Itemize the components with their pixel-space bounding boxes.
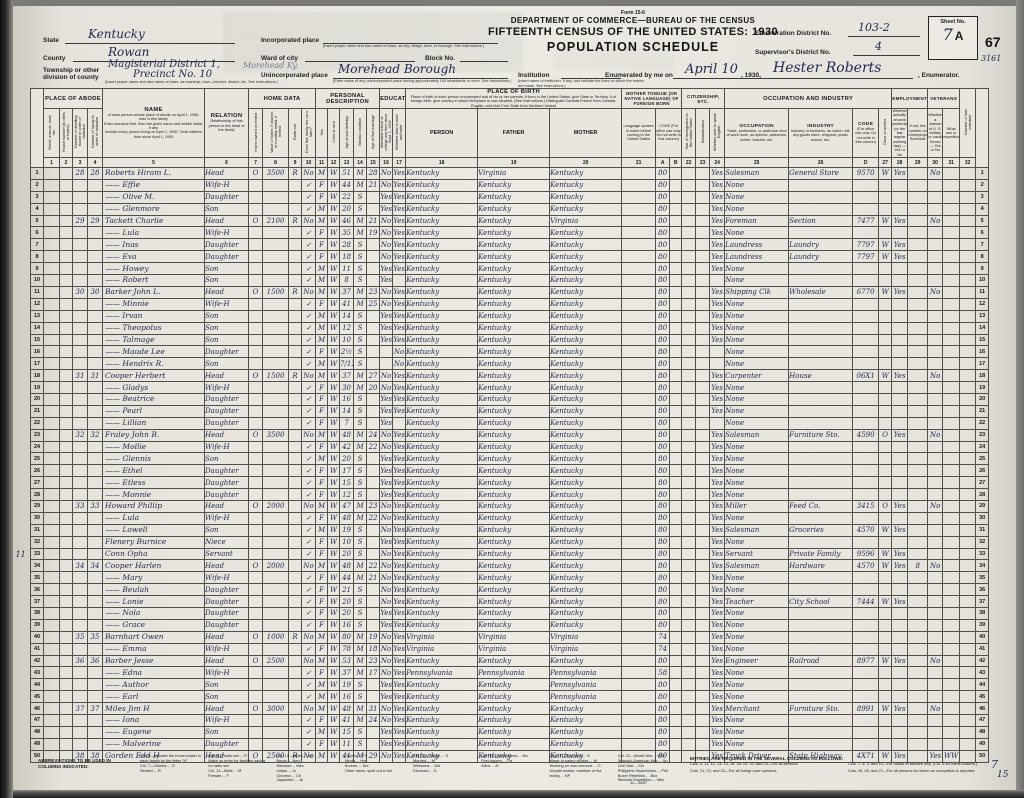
cell-occ: Shipping Clk (725, 286, 789, 298)
cell-ca: 80 (656, 596, 670, 608)
cell-own: O (249, 703, 263, 715)
cell-farm: No (302, 168, 316, 180)
cell-lnr: 15 (976, 334, 989, 346)
cell-house (60, 524, 73, 536)
cell-house (60, 631, 73, 643)
cell-own (249, 524, 263, 536)
cell-street (44, 524, 60, 536)
cell-nat (696, 465, 710, 477)
cell-agem: 24 (367, 429, 380, 441)
cell-nat (696, 703, 710, 715)
cell-pob: Kentucky (406, 703, 478, 715)
cell-sch: Yes (380, 263, 393, 275)
cell-rw: Yes (393, 715, 406, 727)
cell-sch: No (380, 584, 393, 596)
cell-sex: F (316, 477, 328, 489)
cell-war (943, 572, 960, 584)
cell-ca: 80 (656, 370, 670, 382)
cell-ocode (853, 536, 879, 548)
cell-imm (682, 453, 696, 465)
cell-farm: ✓ (302, 536, 316, 548)
cell-imm (682, 179, 696, 191)
table-row: 2—— EffieWife-H✓FW44M21NoYesKentuckyKent… (31, 179, 989, 191)
cell-own (249, 346, 263, 358)
cell-ocode (853, 393, 879, 405)
cell-agem (367, 405, 380, 417)
cell-agem: 18 (367, 643, 380, 655)
cell-fsch (960, 310, 976, 322)
cell-house (60, 572, 73, 584)
cell-pobm: Kentucky (550, 334, 622, 346)
cell-pobf: Kentucky (478, 548, 550, 560)
cell-dw (73, 596, 88, 608)
cell-ln: 12 (31, 298, 44, 310)
cell-unemp (908, 168, 928, 180)
col-age: Age at last birthday (340, 109, 354, 158)
cell-race: W (328, 334, 340, 346)
scan-edge-bottom (0, 790, 1024, 798)
cell-imm (682, 334, 696, 346)
cell-house (60, 239, 73, 251)
cell-work (892, 477, 908, 489)
cell-pobf: Kentucky (478, 465, 550, 477)
read-write-label: Whether able to read and write (395, 111, 403, 153)
cell-own (249, 263, 263, 275)
col-speak-english: Whether able to speak English (710, 109, 725, 158)
cell-work (892, 310, 908, 322)
cell-ocode (853, 643, 879, 655)
cell-pobm: Kentucky (550, 179, 622, 191)
cell-fsch (960, 322, 976, 334)
table-row: 3—— Olive M.Daughter✓FW22SYesYesKentucky… (31, 191, 989, 203)
cell-own (249, 239, 263, 251)
cell-street (44, 572, 60, 584)
cell-ind (789, 679, 853, 691)
cell-sch: No (380, 548, 393, 560)
cell-pobf: Kentucky (478, 334, 550, 346)
cell-pobm: Kentucky (550, 370, 622, 382)
cell-imm (682, 298, 696, 310)
cell-eng: Yes (710, 453, 725, 465)
dwelling-number-label: Number of dwelling house in order of vis… (74, 111, 86, 153)
cell-fam: 37 (88, 703, 103, 715)
cell-tongue (622, 465, 656, 477)
cell-rw: Yes (393, 298, 406, 310)
occupation-code-desc: (For office use only. Do not write in th… (853, 127, 878, 144)
col-naturalization: Naturalization (696, 109, 710, 158)
print-code: 11—3657 (630, 780, 647, 785)
cell-val (263, 477, 289, 489)
cell-pobm: Kentucky (550, 441, 622, 453)
cell-radio (289, 667, 302, 679)
cell-val (263, 691, 289, 703)
cell-rw: Yes (393, 286, 406, 298)
cell-mar: S (354, 596, 367, 608)
cell-rel: Daughter (205, 584, 249, 596)
cell-agem: 22 (367, 441, 380, 453)
cell-val: 1000 (263, 631, 289, 643)
cell-ln: 30 (31, 512, 44, 524)
cell-age: 12 (340, 489, 354, 501)
table-row: 32Flenery BurniceNiece✓FW10SYesYesKentuc… (31, 536, 989, 548)
cell-ln: 42 (31, 655, 44, 667)
cell-own (249, 512, 263, 524)
cell-pobm: Virginia (550, 643, 622, 655)
cell-work (892, 465, 908, 477)
table-row: 8—— EvaDaughter✓FW18SNoYesKentuckyKentuc… (31, 251, 989, 263)
cell-eng: Yes (710, 370, 725, 382)
cell-sch: Yes (380, 405, 393, 417)
cell-pobm: Kentucky (550, 168, 622, 180)
cell-work (892, 489, 908, 501)
cell-cls (879, 334, 892, 346)
cell-lnr: 32 (976, 536, 989, 548)
cell-work (892, 334, 908, 346)
cell-sch: No (380, 370, 393, 382)
cell-lnr: 42 (976, 655, 989, 667)
column-number: 23 (696, 158, 710, 168)
cell-eng (710, 346, 725, 358)
cell-fam (88, 536, 103, 548)
cell-sch: No (380, 441, 393, 453)
cell-imm (682, 203, 696, 215)
cell-pobm: Kentucky (550, 453, 622, 465)
col-color-race: Color or race (328, 109, 340, 158)
cell-name: —— Eugene (103, 726, 205, 738)
cell-radio (289, 298, 302, 310)
cell-occ: Merchant (725, 703, 789, 715)
cell-imm (682, 536, 696, 548)
cell-race: W (328, 738, 340, 750)
cell-pob: Kentucky (406, 572, 478, 584)
cell-fsch (960, 512, 976, 524)
cell-occ: Carpenter (725, 370, 789, 382)
cell-unemp (908, 441, 928, 453)
cell-farm: ✓ (302, 310, 316, 322)
cell-cls (879, 310, 892, 322)
table-row: 35—— MaryWife-H✓FW44M21NoYesKentuckyKent… (31, 572, 989, 584)
cell-race: W (328, 643, 340, 655)
cell-mar: S (354, 619, 367, 631)
cell-radio (289, 691, 302, 703)
cell-cb (670, 643, 682, 655)
cell-war (943, 358, 960, 370)
scan-edge-right (1016, 0, 1024, 798)
column-number: 14 (354, 158, 367, 168)
cell-rw: Yes (393, 441, 406, 453)
table-row: 45—— EarlSon✓MW16SYesYesKentuckyKentucky… (31, 691, 989, 703)
cell-occ: None (725, 298, 789, 310)
cell-war (943, 191, 960, 203)
cell-age: 44 (340, 572, 354, 584)
cell-house (60, 703, 73, 715)
cell-rel: Daughter (205, 346, 249, 358)
cell-fam: 34 (88, 560, 103, 572)
cell-val (263, 227, 289, 239)
cell-sch: No (380, 667, 393, 679)
cell-war (943, 524, 960, 536)
cell-tongue (622, 572, 656, 584)
cell-tongue (622, 239, 656, 251)
cell-val (263, 298, 289, 310)
cell-rel: Daughter (205, 489, 249, 501)
cell-fsch (960, 643, 976, 655)
cell-street (44, 560, 60, 572)
cell-radio (289, 536, 302, 548)
cell-street (44, 465, 60, 477)
cell-mar: S (354, 191, 367, 203)
cell-race: W (328, 726, 340, 738)
line-number-col-right (976, 89, 989, 168)
cell-name: —— Effie (103, 179, 205, 191)
col-sex: Sex (316, 109, 328, 158)
cell-cls (879, 619, 892, 631)
cell-sch: Yes (380, 322, 393, 334)
enumerator-suffix: , Enumerator. (918, 72, 960, 79)
cell-work: Yes (892, 560, 908, 572)
cell-street (44, 405, 60, 417)
cell-ln: 23 (31, 429, 44, 441)
cell-own (249, 596, 263, 608)
cell-agem (367, 239, 380, 251)
cell-nat (696, 322, 710, 334)
cell-nat (696, 726, 710, 738)
cell-cls: W (879, 703, 892, 715)
cell-house (60, 203, 73, 215)
col-mother-tongue: Language spoken in home before coming to… (622, 109, 656, 158)
cell-rw: Yes (393, 512, 406, 524)
state-rule (65, 42, 235, 44)
cell-eng: Yes (710, 655, 725, 667)
cell-cls: W (879, 251, 892, 263)
cell-ocode (853, 465, 879, 477)
cell-rw: Yes (393, 370, 406, 382)
cell-nat (696, 263, 710, 275)
cell-cls: W (879, 548, 892, 560)
cell-ind: General Store (789, 168, 853, 180)
cell-val (263, 607, 289, 619)
cell-unemp (908, 572, 928, 584)
schedule-title: POPULATION SCHEDULE (483, 40, 783, 54)
cell-name: —— Pearl (103, 405, 205, 417)
cell-ocode (853, 691, 879, 703)
cell-farm: ✓ (302, 393, 316, 405)
col-immigration-year: Year of immigration to the United States (682, 109, 696, 158)
cell-rw: Yes (393, 465, 406, 477)
cell-nat (696, 179, 710, 191)
cell-radio: R (289, 370, 302, 382)
cell-agem (367, 251, 380, 263)
cell-street (44, 643, 60, 655)
cell-val (263, 596, 289, 608)
cell-fsch (960, 239, 976, 251)
cell-sch: No (380, 524, 393, 536)
cell-ca: 80 (656, 251, 670, 263)
cell-house (60, 512, 73, 524)
cell-tongue (622, 168, 656, 180)
cell-race: W (328, 429, 340, 441)
cell-cls (879, 322, 892, 334)
cell-sex: M (316, 655, 328, 667)
cell-lnr: 47 (976, 715, 989, 727)
cell-house (60, 227, 73, 239)
cell-nat (696, 393, 710, 405)
cell-cls (879, 393, 892, 405)
cell-dw (73, 441, 88, 453)
cell-eng: Yes (710, 298, 725, 310)
cell-sch: No (380, 715, 393, 727)
cell-cls (879, 346, 892, 358)
cell-sch: No (380, 382, 393, 394)
cell-sch: No (380, 215, 393, 227)
cell-radio (289, 572, 302, 584)
table-row: 24—— MollieWife-H✓FW42M22NoYesKentuckyKe… (31, 441, 989, 453)
cell-pobf: Kentucky (478, 346, 550, 358)
cell-age: 15 (340, 726, 354, 738)
cell-fam: 36 (88, 655, 103, 667)
cell-war (943, 596, 960, 608)
cell-rel: Daughter (205, 596, 249, 608)
column-number: 28 (892, 158, 908, 168)
cell-sch: Yes (380, 310, 393, 322)
cell-cb (670, 738, 682, 750)
cell-sex: F (316, 393, 328, 405)
cell-house (60, 310, 73, 322)
enum-district-rule (848, 35, 920, 37)
cell-sch: Yes (380, 679, 393, 691)
cell-ca: 80 (656, 512, 670, 524)
cell-race: W (328, 548, 340, 560)
cell-race: W (328, 298, 340, 310)
cell-house (60, 286, 73, 298)
cell-house (60, 346, 73, 358)
col-group-home-data: HOME DATA (249, 89, 316, 109)
table-row: 28—— MonnieDaughter✓FW12SYesYesKentuckyK… (31, 489, 989, 501)
cell-rel: Son (205, 263, 249, 275)
cell-street (44, 346, 60, 358)
cell-sch: No (380, 239, 393, 251)
sup-district-value: 4 (875, 40, 882, 53)
cell-val (263, 322, 289, 334)
cell-vet (928, 310, 943, 322)
cell-unemp (908, 512, 928, 524)
cell-unemp (908, 239, 928, 251)
cell-rw: Yes (393, 263, 406, 275)
cell-eng: Yes (710, 536, 725, 548)
cell-cls: W (879, 215, 892, 227)
cell-lnr: 19 (976, 382, 989, 394)
cell-occ: Laundress (725, 251, 789, 263)
cell-vet (928, 715, 943, 727)
cell-imm (682, 500, 696, 512)
cell-tongue (622, 738, 656, 750)
cell-work: Yes (892, 655, 908, 667)
cell-radio (289, 382, 302, 394)
cell-eng: Yes (710, 596, 725, 608)
table-row: 48—— EugeneSon✓MW15SYesYesKentuckyKentuc… (31, 726, 989, 738)
cell-ind (789, 453, 853, 465)
cell-pobf: Kentucky (478, 679, 550, 691)
cell-radio (289, 441, 302, 453)
column-number: 22 (682, 158, 696, 168)
cell-pobm: Kentucky (550, 263, 622, 275)
cell-radio (289, 429, 302, 441)
cell-sex: M (316, 310, 328, 322)
class-of-worker-label: Class of worker (883, 119, 887, 145)
entries-required-block: ENTRIES ARE REQUIRED IN THE SEVERAL COLU… (690, 756, 1005, 773)
cell-age: 80 (340, 631, 354, 643)
marital-label: Marital condition (358, 118, 362, 146)
cell-house (60, 168, 73, 180)
cell-tongue (622, 703, 656, 715)
cell-name: —— Eva (103, 251, 205, 263)
cell-dw (73, 251, 88, 263)
cell-pob: Kentucky (406, 263, 478, 275)
col-group-place-of-birth: PLACE OF BIRTH Place of birth of each pe… (406, 89, 622, 109)
cell-radio (289, 726, 302, 738)
table-row: 25—— GlennisSon✓MW20SYesYesKentuckyKentu… (31, 453, 989, 465)
cell-name: —— Irvan (103, 310, 205, 322)
cell-own (249, 607, 263, 619)
cell-street (44, 215, 60, 227)
cell-pobm: Kentucky (550, 572, 622, 584)
cell-unemp (908, 298, 928, 310)
cell-fam (88, 691, 103, 703)
population-schedule-table: PLACE OF ABODE NAME of each person whose… (30, 88, 989, 763)
cell-imm (682, 489, 696, 501)
cell-house (60, 679, 73, 691)
cell-val: 1500 (263, 286, 289, 298)
cell-cb (670, 358, 682, 370)
cell-ln: 5 (31, 215, 44, 227)
cell-rw: Yes (393, 191, 406, 203)
cell-street (44, 441, 60, 453)
cell-val (263, 251, 289, 263)
cell-fam (88, 417, 103, 429)
cell-dw (73, 405, 88, 417)
cell-rw: Yes (393, 738, 406, 750)
cell-mar: M (354, 500, 367, 512)
farm-residence-label: Does this family live on a farm? (305, 111, 313, 153)
abbreviation-item: Col. 6—Indicate the home-maker in each f… (140, 754, 202, 783)
cell-name: —— Olive M. (103, 191, 205, 203)
cell-cb (670, 417, 682, 429)
cell-house (60, 417, 73, 429)
cell-pob: Kentucky (406, 679, 478, 691)
cell-work: Yes (892, 239, 908, 251)
cell-dw: 31 (73, 370, 88, 382)
cell-sex: F (316, 298, 328, 310)
cell-ocode (853, 572, 879, 584)
cell-tongue (622, 429, 656, 441)
cell-agem (367, 524, 380, 536)
cell-sch: No (380, 286, 393, 298)
cell-age: 37 (340, 667, 354, 679)
cell-occ: None (725, 477, 789, 489)
cell-house (60, 667, 73, 679)
cell-pobf: Kentucky (478, 477, 550, 489)
cell-sex: F (316, 227, 328, 239)
cell-occ: Engineer (725, 655, 789, 667)
cell-tongue (622, 655, 656, 667)
name-group-note2: Include every person living on April 1, … (103, 130, 204, 139)
table-row: 43—— EdnaWife-H✓FW37M17NoYesPennsylvania… (31, 667, 989, 679)
cell-race: W (328, 679, 340, 691)
cell-name: Howard Phillip (103, 500, 205, 512)
cell-rel: Daughter (205, 251, 249, 263)
col-farm-schedule: Number of farm schedule (960, 89, 976, 158)
cell-fam (88, 346, 103, 358)
